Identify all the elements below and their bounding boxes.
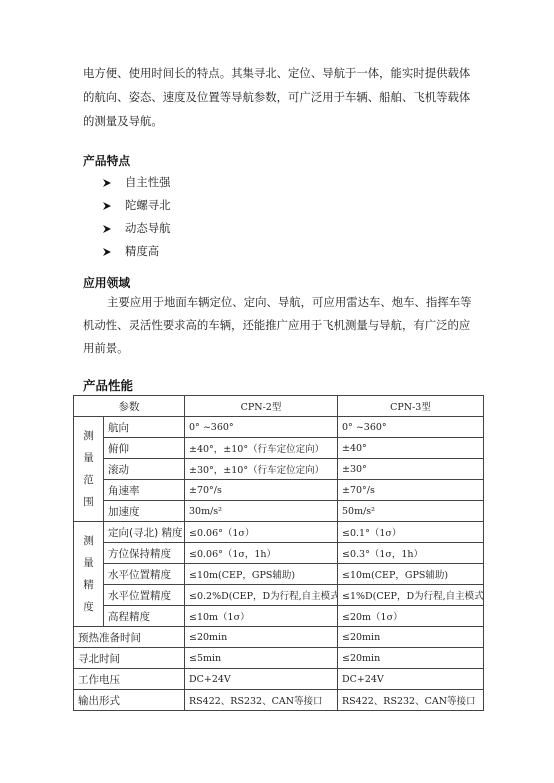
param-name: 方位保持精度 <box>104 543 185 564</box>
list-item: 精度高 <box>100 240 171 263</box>
feature-label: 精度高 <box>125 240 159 263</box>
cpn2-value: ≤0.06°（1σ，1h） <box>185 543 338 564</box>
table-row: 工作电压 DC+24V DC+24V <box>74 669 484 690</box>
param-name: 俯仰 <box>104 438 185 459</box>
table-row: 寻北时间 ≤5min ≤20min <box>74 648 484 669</box>
table-row: 方位保持精度 ≤0.06°（1σ，1h） ≤0.3°（1σ，1h） <box>74 543 484 564</box>
param-name: 角速率 <box>104 480 185 501</box>
applications-heading: 应用领域 <box>83 273 130 293</box>
intro-line: 的测量及导航。 <box>83 109 470 133</box>
group-label-range: 测量范围 <box>74 417 104 522</box>
applications-paragraph: 主要应用于地面车辆定位、定向、导航，可应用雷达车、炮车、指挥车等 机动性、灵活性… <box>83 291 472 360</box>
cpn2-value: ±70°/s <box>185 480 338 501</box>
features-list: 自主性强 陀螺寻北 动态导航 精度高 <box>100 171 171 263</box>
header-cpn2: CPN-2型 <box>185 396 338 417</box>
cpn3-value: RS422、RS232、CAN等接口 <box>338 690 484 711</box>
cpn3-value: ≤20m（1σ） <box>338 606 484 627</box>
features-heading: 产品特点 <box>83 151 130 171</box>
param-name: 水平位置精度 <box>104 585 185 606</box>
applications-line: 主要应用于地面车辆定位、定向、导航，可应用雷达车、炮车、指挥车等 <box>83 291 472 314</box>
cpn3-value: ≤20min <box>338 648 484 669</box>
list-item: 陀螺寻北 <box>100 194 171 217</box>
intro-paragraph: 电方便、使用时间长的特点。其集寻北、定位、导航于一体，能实时提供载体 的航向、姿… <box>83 61 470 133</box>
cpn3-value: ±70°/s <box>338 480 484 501</box>
cpn3-value: ≤10m(CEP，GPS辅助) <box>338 564 484 585</box>
table-row: 俯仰 ±40°，±10°（行车定位定向） ±40° <box>74 438 484 459</box>
intro-line: 电方便、使用时间长的特点。其集寻北、定位、导航于一体，能实时提供载体 <box>83 61 470 85</box>
group-label-accuracy: 测量精度 <box>74 522 104 627</box>
applications-line: 用前景。 <box>83 337 472 360</box>
param-name: 水平位置精度 <box>104 564 185 585</box>
param-name: 加速度 <box>104 501 185 522</box>
cpn3-value: ≤0.3°（1σ，1h） <box>338 543 484 564</box>
cpn2-value: ≤0.06°（1σ） <box>185 522 338 543</box>
param-name: 寻北时间 <box>74 648 185 669</box>
list-item: 自主性强 <box>100 171 171 194</box>
cpn2-value: ±40°，±10°（行车定位定向） <box>185 438 338 459</box>
intro-line: 的航向、姿态、速度及位置等导航参数，可广泛用于车辆、船舶、飞机等载体 <box>83 85 470 109</box>
arrowhead-bullet-icon <box>102 224 112 234</box>
feature-label: 陀螺寻北 <box>125 194 171 217</box>
cpn2-value: ±30°，±10°（行车定位定向） <box>185 459 338 480</box>
cpn3-value: ≤0.1°（1σ） <box>338 522 484 543</box>
table-row: 测量范围 航向 0° ~360° 0° ~360° <box>74 417 484 438</box>
table-row: 滚动 ±30°，±10°（行车定位定向） ±30° <box>74 459 484 480</box>
param-name: 定向(寻北) 精度 <box>104 522 185 543</box>
table-row: 水平位置精度 ≤10m(CEP，GPS辅助) ≤10m(CEP，GPS辅助) <box>74 564 484 585</box>
arrowhead-bullet-icon <box>102 247 112 257</box>
param-name: 工作电压 <box>74 669 185 690</box>
cpn2-value: 30m/s² <box>185 501 338 522</box>
list-item: 动态导航 <box>100 217 171 240</box>
feature-label: 自主性强 <box>125 171 171 194</box>
param-name: 高程精度 <box>104 606 185 627</box>
cpn3-value: ≤1%D(CEP，D为行程,自主模式) <box>338 585 484 606</box>
cpn2-value: 0° ~360° <box>185 417 338 438</box>
cpn3-value: ≤20min <box>338 627 484 648</box>
feature-label: 动态导航 <box>125 217 171 240</box>
param-name: 输出形式 <box>74 690 185 711</box>
cpn2-value: ≤10m(CEP，GPS辅助) <box>185 564 338 585</box>
cpn3-value: 0° ~360° <box>338 417 484 438</box>
arrowhead-bullet-icon <box>102 178 112 188</box>
arrowhead-bullet-icon <box>102 201 112 211</box>
header-cpn3: CPN-3型 <box>338 396 484 417</box>
table-row: 输出形式 RS422、RS232、CAN等接口 RS422、RS232、CAN等… <box>74 690 484 711</box>
cpn2-value: ≤0.2%D(CEP，D为行程,自主模式) <box>185 585 338 606</box>
applications-line: 机动性、灵活性要求高的车辆，还能推广应用于飞机测量与导航，有广泛的应 <box>83 314 472 337</box>
table-row: 预热准备时间 ≤20min ≤20min <box>74 627 484 648</box>
param-name: 预热准备时间 <box>74 627 185 648</box>
table-header-row: 参数 CPN-2型 CPN-3型 <box>74 396 484 417</box>
cpn3-value: 50m/s² <box>338 501 484 522</box>
cpn3-value: DC+24V <box>338 669 484 690</box>
param-name: 航向 <box>104 417 185 438</box>
cpn3-value: ±40° <box>338 438 484 459</box>
cpn2-value: ≤5min <box>185 648 338 669</box>
table-row: 测量精度 定向(寻北) 精度 ≤0.06°（1σ） ≤0.1°（1σ） <box>74 522 484 543</box>
table-row: 角速率 ±70°/s ±70°/s <box>74 480 484 501</box>
cpn3-value: ±30° <box>338 459 484 480</box>
table-row: 加速度 30m/s² 50m/s² <box>74 501 484 522</box>
performance-heading: 产品性能 <box>83 376 133 396</box>
cpn2-value: RS422、RS232、CAN等接口 <box>185 690 338 711</box>
cpn2-value: ≤20min <box>185 627 338 648</box>
performance-table: 参数 CPN-2型 CPN-3型 测量范围 航向 0° ~360° 0° ~36… <box>73 395 484 711</box>
table-row: 高程精度 ≤10m（1σ） ≤20m（1σ） <box>74 606 484 627</box>
header-param: 参数 <box>74 396 185 417</box>
table-row: 水平位置精度 ≤0.2%D(CEP，D为行程,自主模式) ≤1%D(CEP，D为… <box>74 585 484 606</box>
param-name: 滚动 <box>104 459 185 480</box>
cpn2-value: DC+24V <box>185 669 338 690</box>
cpn2-value: ≤10m（1σ） <box>185 606 338 627</box>
